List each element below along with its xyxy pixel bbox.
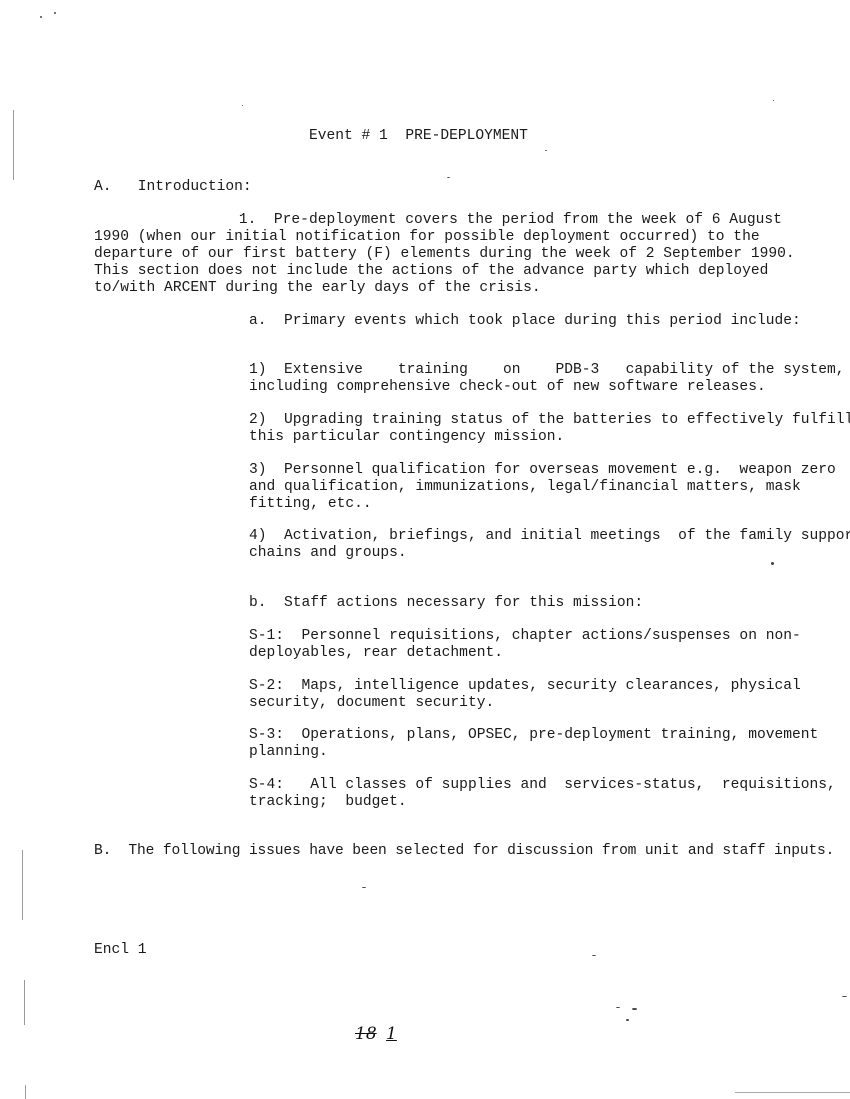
subsection-a-heading: a. Primary events which took place durin… <box>249 313 801 330</box>
enclosure-label: Encl 1 <box>94 942 147 959</box>
scan-speck <box>592 955 596 956</box>
current-page-number: 1 <box>386 1024 397 1044</box>
scan-speck <box>842 996 847 997</box>
scan-artifact-line <box>24 980 25 1025</box>
subsection-b-heading: b. Staff actions necessary for this miss… <box>249 595 643 612</box>
scan-artifact-line <box>13 110 14 180</box>
scan-speck <box>773 100 774 101</box>
scan-speck <box>40 16 42 18</box>
section-b-text: B. The following issues have been select… <box>94 843 834 860</box>
list-item-line: 3) Personnel qualification for overseas … <box>249 462 836 479</box>
list-item-line: S-1: Personnel requisitions, chapter act… <box>249 628 801 645</box>
list-item-line: fitting, etc.. <box>249 496 372 513</box>
list-item-line: tracking; budget. <box>249 794 407 811</box>
document-title: Event # 1 PRE-DEPLOYMENT <box>309 128 528 145</box>
paragraph-line: 1. Pre-deployment covers the period from… <box>90 212 782 229</box>
scan-speck <box>54 12 56 14</box>
scan-artifact-line <box>25 1085 26 1099</box>
list-item-line: this particular contingency mission. <box>249 429 564 446</box>
scan-speck <box>632 1008 637 1010</box>
list-item-line: S-2: Maps, intelligence updates, securit… <box>249 678 801 695</box>
scan-speck <box>771 562 774 565</box>
paragraph-line: 1990 (when our initial notification for … <box>94 229 760 246</box>
scan-speck <box>242 105 243 106</box>
list-item-line: S-4: All classes of supplies and service… <box>249 777 836 794</box>
scan-speck <box>545 150 547 151</box>
scan-artifact-line <box>22 850 23 920</box>
paragraph-line: This section does not include the action… <box>94 263 768 280</box>
list-item-line: deployables, rear detachment. <box>249 645 503 662</box>
list-item-line: planning. <box>249 744 328 761</box>
section-a-heading: A. Introduction: <box>94 179 252 196</box>
struck-page-number: 18 <box>355 1024 377 1044</box>
list-item-line: 4) Activation, briefings, and initial me… <box>249 528 850 545</box>
list-item-line: and qualification, immunizations, legal/… <box>249 479 801 496</box>
scan-speck <box>616 1007 620 1008</box>
scan-speck <box>362 887 366 888</box>
scan-artifact-line <box>735 1092 850 1093</box>
list-item-line: including comprehensive check-out of new… <box>249 379 766 396</box>
list-item-line: security, document security. <box>249 695 494 712</box>
list-item-line: S-3: Operations, plans, OPSEC, pre-deplo… <box>249 727 818 744</box>
page-number: 18 1 <box>355 1026 397 1043</box>
scan-speck <box>626 1019 629 1021</box>
paragraph-line: departure of our first battery (F) eleme… <box>94 246 795 263</box>
scan-speck <box>447 177 450 178</box>
list-item-line: 1) Extensive training on PDB-3 capabilit… <box>249 362 845 379</box>
list-item-line: chains and groups. <box>249 545 407 562</box>
paragraph-line: to/with ARCENT during the early days of … <box>94 280 541 297</box>
list-item-line: 2) Upgrading training status of the batt… <box>249 412 850 429</box>
